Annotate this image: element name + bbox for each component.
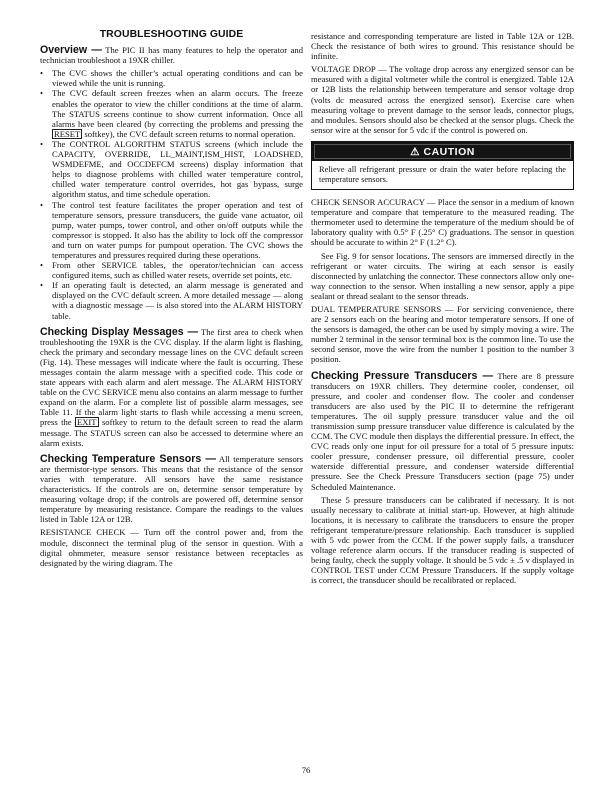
list-item: The control test feature facilitates the…: [52, 200, 303, 261]
list-item-text: softkey), the CVC default screen returns…: [82, 129, 295, 139]
dual-sensors-paragraph: DUAL TEMPERATURE SENSORS — For servicing…: [311, 304, 574, 365]
left-column: TROUBLESHOOTING GUIDE Overview — The PIC…: [40, 30, 303, 571]
display-messages-paragraph: Checking Display Messages — The first ar…: [40, 327, 303, 448]
list-item: From other SERVICE tables, the operator/…: [52, 260, 303, 280]
page-title: TROUBLESHOOTING GUIDE: [40, 30, 303, 40]
warning-triangle-icon: ⚠: [410, 146, 420, 158]
list-item: The CONTROL ALGORITHM STATUS screens (wh…: [52, 139, 303, 200]
caution-label: CAUTION: [424, 146, 475, 158]
list-item-text: The CVC default screen freezes when an a…: [52, 88, 303, 128]
paragraph-text: The first area to check when troubleshoo…: [40, 327, 303, 428]
caution-header: ⚠ CAUTION: [312, 142, 573, 161]
list-item: The CVC shows the chiller’s actual opera…: [52, 68, 303, 88]
caution-box: ⚠ CAUTION Relieve all refrigerant pressu…: [311, 141, 574, 190]
resistance-check-paragraph: RESISTANCE CHECK — Turn off the control …: [40, 527, 303, 567]
list-item: If an operating fault is detected, an al…: [52, 280, 303, 320]
temperature-sensors-paragraph: Checking Temperature Sensors — All tempe…: [40, 454, 303, 525]
resistance-continued-paragraph: resistance and corresponding temperature…: [311, 31, 574, 61]
list-item: The CVC default screen freezes when an a…: [52, 88, 303, 138]
caution-text: Relieve all refrigerant pressure or drai…: [312, 161, 573, 189]
paragraph-text: All temperature sensors are thermistor-t…: [40, 454, 303, 525]
exit-softkey-label: EXIT: [75, 417, 99, 427]
reset-softkey-label: RESET: [52, 129, 82, 139]
pressure-transducers-paragraph: Checking Pressure Transducers — There ar…: [311, 371, 574, 492]
overview-bullet-list: The CVC shows the chiller’s actual opera…: [40, 68, 303, 320]
calibration-paragraph: These 5 pressure transducers can be cali…: [311, 495, 574, 586]
sensor-locations-paragraph: See Fig. 9 for sensor locations. The sen…: [311, 251, 574, 301]
voltage-drop-paragraph: VOLTAGE DROP — The voltage drop across a…: [311, 64, 574, 135]
overview-paragraph: Overview — The PIC II has many features …: [40, 45, 303, 65]
paragraph-text: There are 8 pressure transducers on 19XR…: [311, 371, 574, 492]
right-column: resistance and corresponding temperature…: [311, 31, 574, 589]
check-accuracy-paragraph: CHECK SENSOR ACCURACY — Place the sensor…: [311, 197, 574, 247]
page-number: 76: [0, 765, 612, 775]
